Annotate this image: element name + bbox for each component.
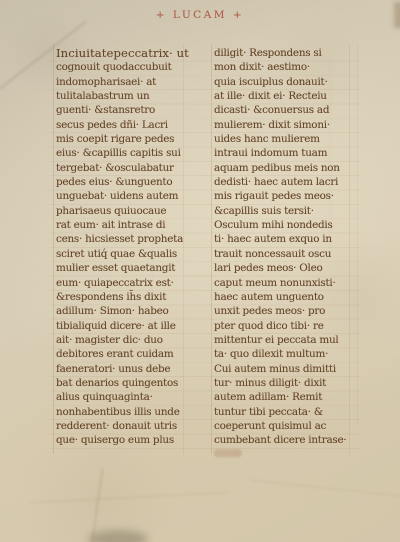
- manuscript-page: + LUCAM + Inciuitatepeccatrix· utcognoui…: [0, 0, 400, 542]
- text-line: unxit pedes meos· pro: [214, 304, 350, 318]
- text-line: mulierem· dixit simoni·: [214, 118, 350, 132]
- text-line: ti· haec autem exquo in: [214, 232, 350, 246]
- text-line: indomopharisaei· at: [56, 75, 184, 89]
- text-line: mis coepit rigare pedes: [56, 132, 184, 146]
- text-line: pter quod dico tibi· re: [214, 319, 350, 333]
- text-line: nonhabentibus illis unde: [56, 405, 184, 419]
- text-line: mulier esset quaetangit: [56, 261, 184, 275]
- text-line: &respondens ih̄s dixit: [56, 290, 184, 304]
- text-line: debitores erant cuidam: [56, 347, 184, 361]
- running-title-rubric: + LUCAM +: [0, 9, 400, 21]
- text-line: tulitalabastrum un: [56, 89, 184, 103]
- parchment-crease: [30, 492, 230, 503]
- text-line: tibialiquid dicere· at ille: [56, 319, 184, 333]
- text-line: Inciuitatepeccatrix· ut: [56, 46, 184, 60]
- text-line: autem adillam· Remit: [214, 390, 350, 404]
- text-line: &capillis suis tersit·: [214, 204, 350, 218]
- text-line: mis rigauit pedes meos·: [214, 189, 350, 203]
- text-line: uides hanc mulierem: [214, 132, 350, 146]
- text-line: tur· minus diligit· dixit: [214, 376, 350, 390]
- text-line: eum· quiapeccatrix est·: [56, 276, 184, 290]
- text-line: cumbebant dicere intrase·: [214, 433, 350, 447]
- text-line: tergebat· &osculabatur: [56, 161, 184, 175]
- text-line: diligit· Respondens si: [214, 46, 350, 60]
- text-line: faeneratori· unus debe: [56, 362, 184, 376]
- text-line: alius quinquaginta·: [56, 390, 184, 404]
- text-column-right: diligit· Respondens simon dixit· aestimo…: [214, 46, 350, 448]
- text-line: rat eum· ait intrase di: [56, 218, 184, 232]
- text-line: adillum· Simon· habeo: [56, 304, 184, 318]
- text-column-left: Inciuitatepeccatrix· utcognouit quodaccu…: [56, 46, 184, 448]
- text-line: dedisti· haec autem lacri: [214, 175, 350, 189]
- text-line: sciret utiq́ quae &qualis: [56, 247, 184, 261]
- text-line: ait· magister dic· duo: [56, 333, 184, 347]
- shadow-spot: [88, 530, 148, 542]
- text-line: dicasti· &conuersus ad: [214, 103, 350, 117]
- text-line: Cui autem minus dimitti: [214, 362, 350, 376]
- text-line: Osculum mihi nondedis: [214, 218, 350, 232]
- text-line: mittentur ei peccata mul: [214, 333, 350, 347]
- text-line: pedes eius· &unguento: [56, 175, 184, 189]
- text-line: secus pedes dñi· Lacri: [56, 118, 184, 132]
- ruling-line-vertical: [357, 44, 358, 424]
- text-line: pharisaeus quiuocaue: [56, 204, 184, 218]
- text-line: trauit noncessauit oscu: [214, 247, 350, 261]
- text-line: cognouit quodaccubuit: [56, 60, 184, 74]
- text-line: quia iscuiplus donauit·: [214, 75, 350, 89]
- ruling-line-vertical: [53, 44, 54, 454]
- text-line: guenti· &stansretro: [56, 103, 184, 117]
- parchment-crease: [250, 480, 400, 498]
- ruling-line-vertical: [211, 44, 212, 454]
- text-line: eius· &capillis capitis sui: [56, 146, 184, 160]
- text-line: lari pedes meos· Oleo: [214, 261, 350, 275]
- text-line: tuntur tibi peccata· &: [214, 405, 350, 419]
- faint-offset-smudge: [214, 449, 242, 457]
- text-line: cens· hicsiesset propheta: [56, 232, 184, 246]
- text-line: coeperunt quisimul ac: [214, 419, 350, 433]
- text-line: aquam pedibus meis non: [214, 161, 350, 175]
- text-line: redderent· donauit utris: [56, 419, 184, 433]
- parchment-crease: [90, 468, 103, 542]
- text-line: bat denarios quingentos: [56, 376, 184, 390]
- text-line: mon dixit· aestimo·: [214, 60, 350, 74]
- text-line: ta· quo dilexit multum·: [214, 347, 350, 361]
- text-line: intraui indomum tuam: [214, 146, 350, 160]
- text-line: at ille· dixit ei· Recteiu: [214, 89, 350, 103]
- text-line: haec autem unguento: [214, 290, 350, 304]
- text-line: caput meum nonunxisti·: [214, 276, 350, 290]
- text-line: unguebat· uidens autem: [56, 189, 184, 203]
- text-line: que· quisergo eum plus: [56, 433, 184, 447]
